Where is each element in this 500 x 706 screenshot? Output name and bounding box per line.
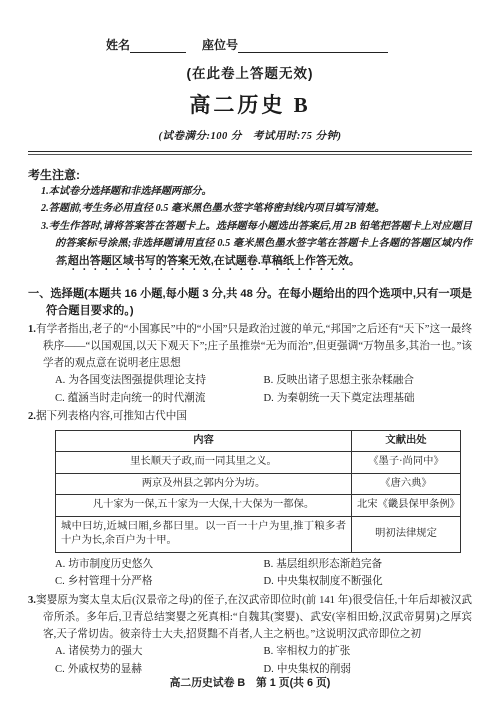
option-label: C. [55, 393, 65, 404]
option-text: 反映出诸子思想主张杂糅融合 [276, 375, 414, 386]
notice-item-number: 1. [41, 186, 49, 197]
option-text: 宰相权力的扩张 [276, 646, 350, 657]
name-label: 姓名 [106, 38, 130, 52]
page-title: 高二历史 B [28, 89, 472, 119]
table-row: 凡十家为一保,五十家为一大保,十大保为一都保。 北宋《畿县保甲条例》 [56, 495, 461, 517]
notice-item: 1.本试卷分选择题和非选择题两部分。 [41, 183, 472, 200]
question-options: A.为各国变法图强提供理论支持 B.反映出诸子思想主张杂糅融合 C.蕴涵当时走向… [55, 372, 472, 407]
table-row: 两京及州县之郭内分为坊。 《唐六典》 [56, 473, 461, 495]
question-number: 2. [28, 411, 36, 422]
question-stem: 1.有学者指出,老子的“小国寡民”中的“小国”只是政治过渡的单元,“邦国”之后还… [28, 321, 472, 373]
table-header-row: 内容 文献出处 [56, 430, 461, 452]
option-label: D. [264, 393, 274, 404]
notice-item-number: 3. [41, 221, 49, 232]
option-label: A. [55, 646, 65, 657]
notice-item-emphasis: 超出答题区域书写的答案无效,在试题卷.草稿纸上作答无效。 [68, 255, 360, 267]
option-b: B.反映出诸子思想主张杂糅融合 [264, 372, 473, 390]
option-label: D. [264, 664, 274, 675]
table-row: 城中曰坊,近城曰厢,乡都曰里。以一百一十户为里,推丁粮多者十户为长,余百户为十甲… [56, 516, 461, 552]
option-label: D. [264, 576, 274, 587]
table-row: 里长顺天子政,而一同其里之义。 《墨子·尚同中》 [56, 452, 461, 474]
option-label: B. [264, 375, 274, 386]
table-cell-content: 里长顺天子政,而一同其里之义。 [56, 452, 352, 474]
notice-item: 2.答题前,考生务必用直径 0.5 毫米黑色墨水签字笔将密封线内项目填写清楚。 [41, 200, 472, 217]
seat-blank [238, 40, 388, 53]
option-a: A.为各国变法图强提供理论支持 [55, 372, 264, 390]
question-number: 1. [28, 324, 36, 335]
option-text: 为秦朝统一天下奠定法理基础 [277, 393, 415, 404]
option-label: A. [55, 375, 65, 386]
option-label: B. [264, 559, 274, 570]
table-cell-source: 北宋《畿县保甲条例》 [352, 495, 461, 517]
name-blank [130, 40, 186, 53]
notice-heading: 考生注意: [28, 166, 472, 183]
option-text: 中央集权制度不断强化 [277, 576, 383, 587]
option-label: B. [264, 646, 274, 657]
question-text: 据下列表格内容,可推知古代中国 [36, 411, 187, 422]
answer-invalid-notice: (在此卷上答题无效) [28, 62, 472, 82]
option-text: 为各国变法图强提供理论支持 [68, 375, 206, 386]
table-cell-content: 城中曰坊,近城曰厢,乡都曰里。以一百一十户为里,推丁粮多者十户为长,余百户为十甲… [56, 516, 352, 552]
option-label: C. [55, 576, 65, 587]
option-a: A.坊市制度历史悠久 [55, 556, 264, 574]
section-heading: 一、选择题(本题共 16 小题,每小题 3 分,共 48 分。在每小题给出的四个… [28, 286, 472, 320]
option-label: A. [55, 559, 65, 570]
header-divider [28, 151, 472, 155]
option-d: D.为秦朝统一天下奠定法理基础 [264, 390, 473, 408]
name-seat-line: 姓名座位号 [106, 36, 472, 53]
option-text: 中央集权的削弱 [277, 664, 351, 675]
option-text: 坊市制度历史悠久 [68, 559, 153, 570]
question-options: A.诸侯势力的强大 B.宰相权力的扩张 C.外戚权势的显赫 D.中央集权的削弱 [55, 643, 472, 678]
question-3: 3.窦婴原为窦太皇太后(汉景帝之母)的侄子,在汉武帝即位时(前 141 年)很受… [28, 592, 472, 679]
table-cell-content: 两京及州县之郭内分为坊。 [56, 473, 352, 495]
option-c: C.乡村管理十分严格 [55, 573, 264, 591]
question-text: 有学者指出,老子的“小国寡民”中的“小国”只是政治过渡的单元,“邦国”之后还有“… [36, 324, 472, 369]
question-options: A.坊市制度历史悠久 B.基层组织形态渐趋完备 C.乡村管理十分严格 D.中央集… [55, 556, 472, 591]
table-cell-source: 明初法律规定 [352, 516, 461, 552]
candidate-notice: 考生注意: 1.本试卷分选择题和非选择题两部分。 2.答题前,考生务必用直径 0… [28, 166, 472, 273]
option-text: 外戚权势的显赫 [68, 664, 142, 675]
page-footer: 高二历史试卷 B 第 1 页(共 6 页) [0, 675, 500, 690]
option-a: A.诸侯势力的强大 [55, 643, 264, 661]
option-text: 乡村管理十分严格 [68, 576, 153, 587]
seat-label: 座位号 [202, 38, 238, 52]
table-cell-content: 凡十家为一保,五十家为一大保,十大保为一都保。 [56, 495, 352, 517]
source-table: 内容 文献出处 里长顺天子政,而一同其里之义。 《墨子·尚同中》 两京及州县之郭… [55, 430, 461, 553]
exam-info: (试卷满分:100 分 考试用时:75 分钟) [28, 128, 472, 143]
question-2: 2.据下列表格内容,可推知古代中国 内容 文献出处 里长顺天子政,而一同其里之义… [28, 408, 472, 590]
option-text: 诸侯势力的强大 [68, 646, 142, 657]
table-cell-source: 《唐六典》 [352, 473, 461, 495]
option-b: B.基层组织形态渐趋完备 [264, 556, 473, 574]
option-b: B.宰相权力的扩张 [264, 643, 473, 661]
notice-item-text: 答题前,考生务必用直径 0.5 毫米黑色墨水签字笔将密封线内项目填写清楚。 [49, 203, 385, 214]
option-d: D.中央集权制度不断强化 [264, 573, 473, 591]
option-text: 基层组织形态渐趋完备 [276, 559, 382, 570]
notice-item-number: 2. [41, 203, 49, 214]
notice-item: 3.考生作答时,请将答案答在答题卡上。选择题每小题选出答案后,用 2B 铅笔把答… [41, 218, 472, 273]
question-stem: 2.据下列表格内容,可推知古代中国 [28, 408, 472, 425]
exam-paper-page: 姓名座位号 (在此卷上答题无效) 高二历史 B (试卷满分:100 分 考试用时… [0, 0, 500, 706]
option-text: 蕴涵当时走向统一的时代潮流 [68, 393, 206, 404]
notice-item-text: 本试卷分选择题和非选择题两部分。 [49, 186, 212, 197]
table-header-content: 内容 [56, 430, 352, 452]
question-number: 3. [28, 595, 36, 606]
question-stem: 3.窦婴原为窦太皇太后(汉景帝之母)的侄子,在汉武帝即位时(前 141 年)很受… [28, 592, 472, 644]
question-text: 窦婴原为窦太皇太后(汉景帝之母)的侄子,在汉武帝即位时(前 141 年)很受信任… [36, 595, 472, 640]
table-header-source: 文献出处 [352, 430, 461, 452]
option-c: C.蕴涵当时走向统一的时代潮流 [55, 390, 264, 408]
question-1: 1.有学者指出,老子的“小国寡民”中的“小国”只是政治过渡的单元,“邦国”之后还… [28, 321, 472, 408]
table-cell-source: 《墨子·尚同中》 [352, 452, 461, 474]
option-label: C. [55, 664, 65, 675]
